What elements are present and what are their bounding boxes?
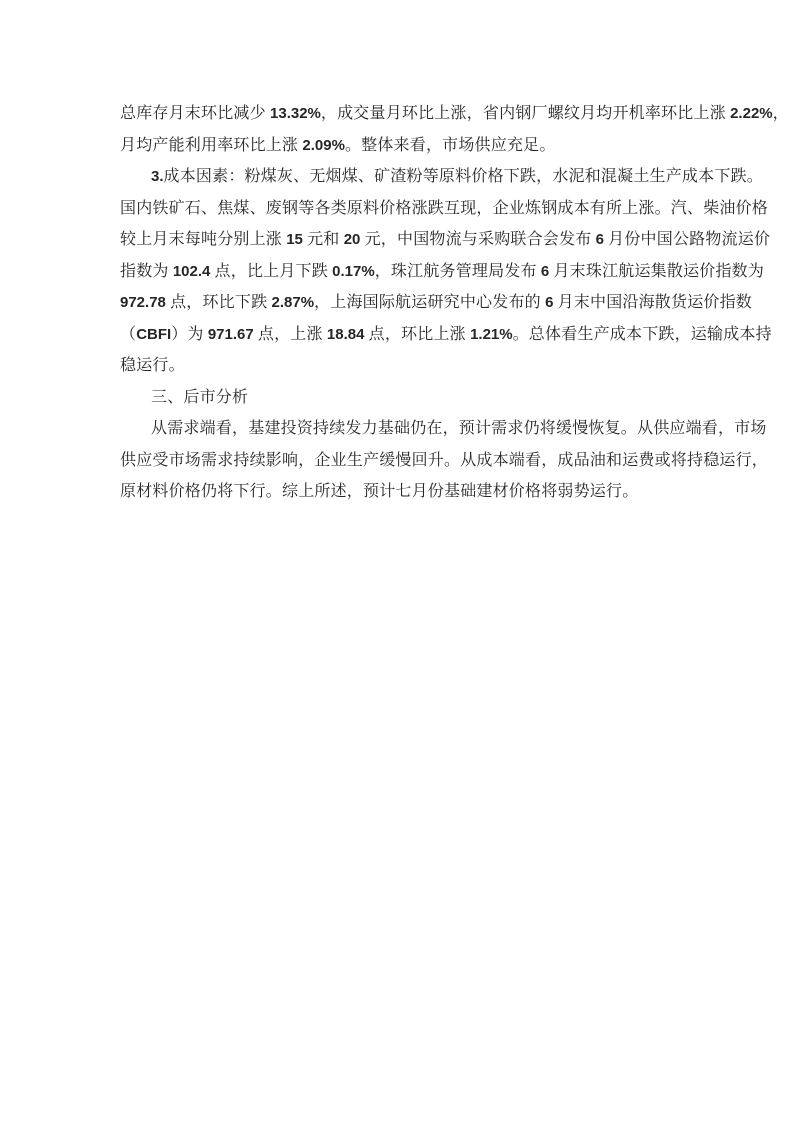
text-line: 972.78 点，环比下跌 2.87%，上海国际航运研究中心发布的 6 月末中国… [120, 287, 688, 319]
text-line: 原材料价格仍将下行。综上所述，预计七月份基础建材价格将弱势运行。 [120, 476, 688, 508]
text-line: 供应受市场需求持续影响，企业生产缓慢回升。从成本端看，成品油和运费或将持稳运行， [120, 445, 688, 477]
text-line: 总库存月末环比减少 13.32%，成交量月环比上涨，省内钢厂螺纹月均开机率环比上… [120, 98, 688, 130]
latin-run: 2.22% [730, 105, 773, 122]
latin-run: 2.87% [272, 294, 315, 311]
text-line: 较上月末每吨分别上涨 15 元和 20 元，中国物流与采购联合会发布 6 月份中… [120, 224, 688, 256]
text-line: 3.成本因素：粉煤灰、无烟煤、矿渣粉等原料价格下跌，水泥和混凝土生产成本下跌。 [120, 161, 688, 193]
latin-run: 15 [286, 231, 303, 248]
latin-run: 6 [545, 294, 553, 311]
latin-run: 6 [541, 263, 549, 280]
text-line: 从需求端看，基建投资持续发力基础仍在，预计需求仍将缓慢恢复。从供应端看，市场 [120, 413, 688, 445]
latin-run: 6 [596, 231, 604, 248]
latin-run: 13.32% [270, 105, 321, 122]
latin-run: 0.17% [332, 263, 375, 280]
latin-run: 2.09% [302, 137, 345, 154]
text-line: 月均产能利用率环比上涨 2.09%。整体来看，市场供应充足。 [120, 130, 688, 162]
document-page: 总库存月末环比减少 13.32%，成交量月环比上涨，省内钢厂螺纹月均开机率环比上… [0, 0, 800, 1132]
text-line: 国内铁矿石、焦煤、废钢等各类原料价格涨跌互现，企业炼钢成本有所上涨。汽、柴油价格 [120, 193, 688, 225]
text-line: 指数为 102.4 点，比上月下跌 0.17%，珠江航务管理局发布 6 月末珠江… [120, 256, 688, 288]
latin-run: CBFI [136, 326, 171, 343]
latin-run: 20 [344, 231, 361, 248]
document-body: 总库存月末环比减少 13.32%，成交量月环比上涨，省内钢厂螺纹月均开机率环比上… [120, 98, 688, 508]
section-heading: 三、后市分析 [120, 382, 688, 414]
latin-run: 102.4 [173, 263, 211, 280]
latin-run: 971.67 [208, 326, 254, 343]
latin-run: 18.84 [327, 326, 365, 343]
latin-run: 3. [151, 168, 164, 185]
text-line: （CBFI）为 971.67 点，上涨 18.84 点，环比上涨 1.21%。总… [120, 319, 688, 351]
text-line: 稳运行。 [120, 350, 688, 382]
latin-run: 1.21% [470, 326, 513, 343]
latin-run: 972.78 [120, 294, 166, 311]
